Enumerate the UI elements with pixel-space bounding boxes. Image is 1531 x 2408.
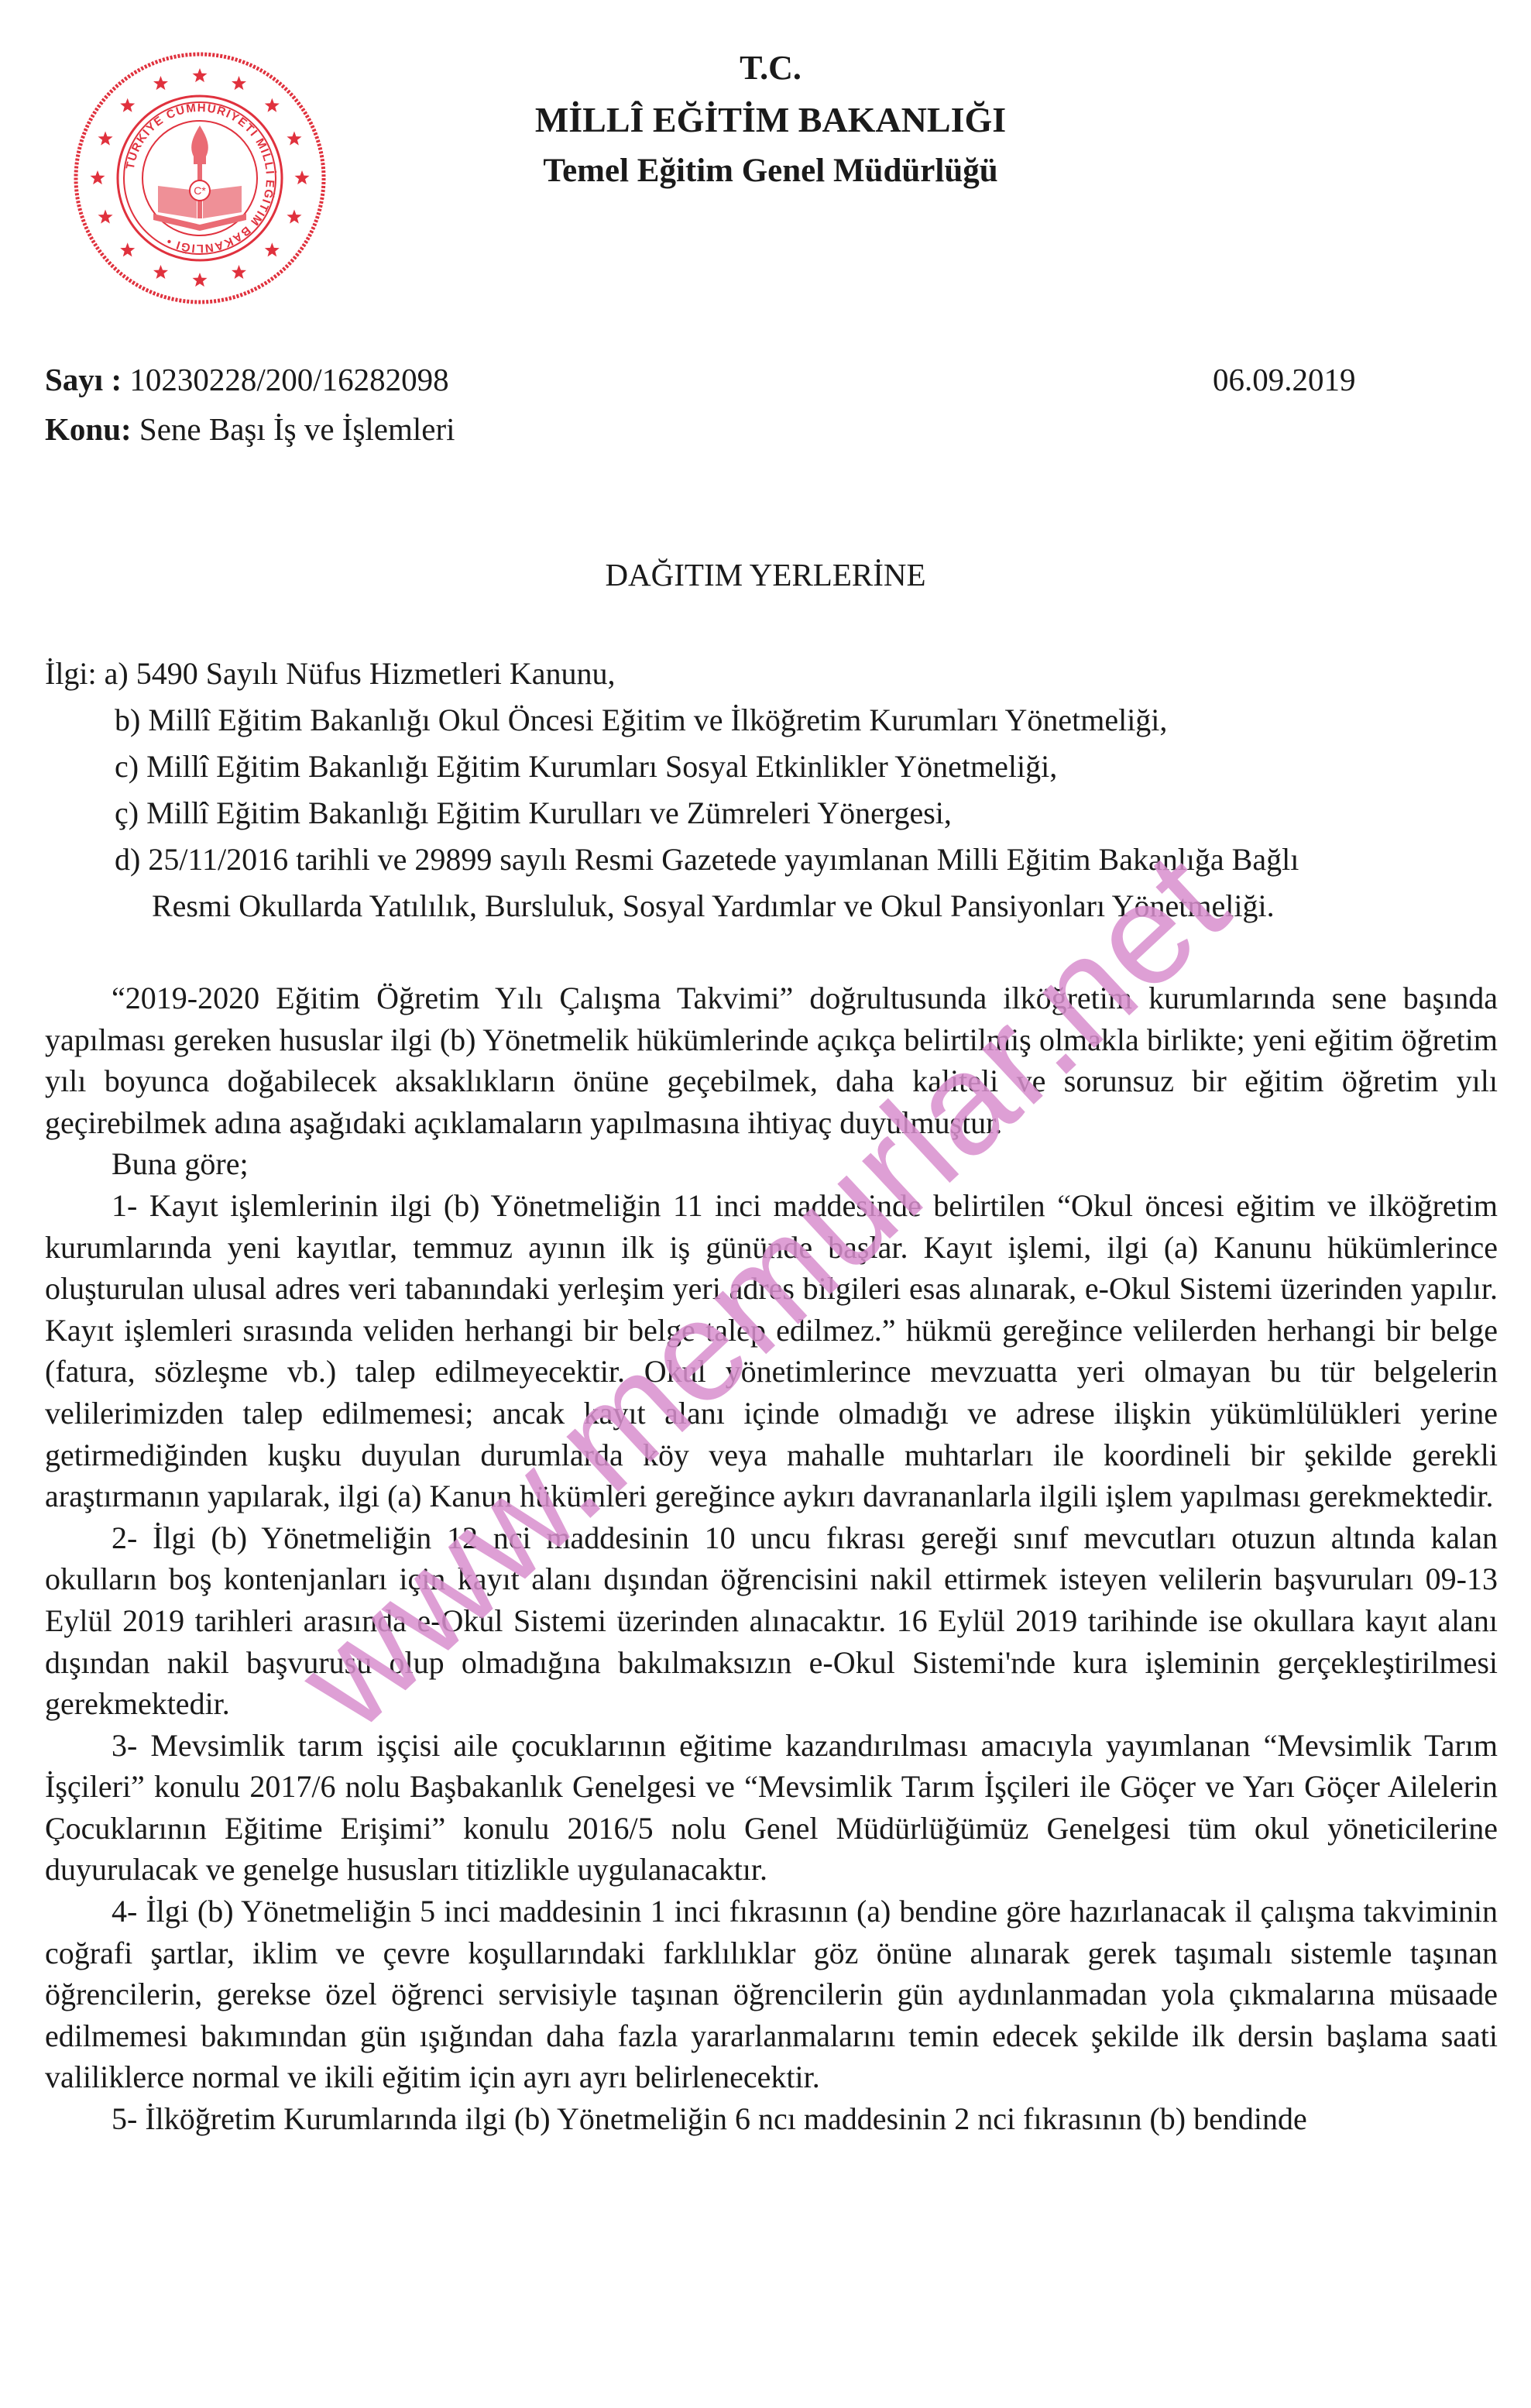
document-date: 06.09.2019: [1213, 361, 1356, 398]
konu-label: Konu:: [45, 411, 132, 447]
reference-item: d) 25/11/2016 tarihli ve 29899 sayılı Re…: [45, 836, 1501, 883]
reference-item: ç) Millî Eğitim Bakanlığı Eğitim Kurulla…: [45, 790, 1501, 836]
distribution-heading: DAĞITIM YERLERİNE: [0, 556, 1531, 593]
reference-item-continued: Resmi Okullarda Yatılılık, Bursluluk, So…: [45, 883, 1501, 929]
svg-text:C*: C*: [194, 184, 206, 197]
ilgi-label: İlgi:: [45, 656, 97, 691]
item-5: 5- İlköğretim Kurumlarında ilgi (b) Yöne…: [45, 2098, 1498, 2140]
header-directorate: Temel Eğitim Genel Müdürlüğü: [422, 152, 1119, 190]
item-4: 4- İlgi (b) Yönetmeliğin 5 inci maddesin…: [45, 1891, 1498, 2098]
distribution-text: DAĞITIM YERLERİNE: [605, 557, 925, 593]
letter-body: “2019-2020 Eğitim Öğretim Yılı Çalışma T…: [45, 977, 1498, 2140]
reference-number: Sayı : 10230228/200/16282098: [45, 361, 449, 398]
header-tc: T.C.: [422, 48, 1119, 88]
reference-a: a) 5490 Sayılı Nüfus Hizmetleri Kanunu,: [105, 656, 616, 691]
ministry-seal-icon: TÜRKİYE CUMHURİYETİ MİLLÎ EĞİTİM BAKANLI…: [60, 39, 339, 318]
item-1: 1- Kayıt işlemlerinin ilgi (b) Yönetmeli…: [45, 1185, 1498, 1517]
item-2: 2- İlgi (b) Yönetmeliğin 12 nci maddesin…: [45, 1517, 1498, 1725]
konu-value: Sene Başı İş ve İşlemleri: [132, 411, 455, 447]
buna-gore: Buna göre;: [45, 1143, 1498, 1185]
reference-item: İlgi: a) 5490 Sayılı Nüfus Hizmetleri Ka…: [45, 651, 1501, 697]
item-3: 3- Mevsimlik tarım işçisi aile çocukları…: [45, 1725, 1498, 1891]
intro-paragraph: “2019-2020 Eğitim Öğretim Yılı Çalışma T…: [45, 977, 1498, 1143]
sayi-value: 10230228/200/16282098: [122, 362, 449, 397]
references-list: İlgi: a) 5490 Sayılı Nüfus Hizmetleri Ka…: [45, 651, 1501, 929]
sayi-label: Sayı :: [45, 362, 122, 397]
reference-item: b) Millî Eğitim Bakanlığı Okul Öncesi Eğ…: [45, 697, 1501, 744]
reference-item: c) Millî Eğitim Bakanlığı Eğitim Kurumla…: [45, 744, 1501, 790]
header-ministry: MİLLÎ EĞİTİM BAKANLIĞI: [422, 99, 1119, 140]
subject: Konu: Sene Başı İş ve İşlemleri: [45, 410, 455, 448]
